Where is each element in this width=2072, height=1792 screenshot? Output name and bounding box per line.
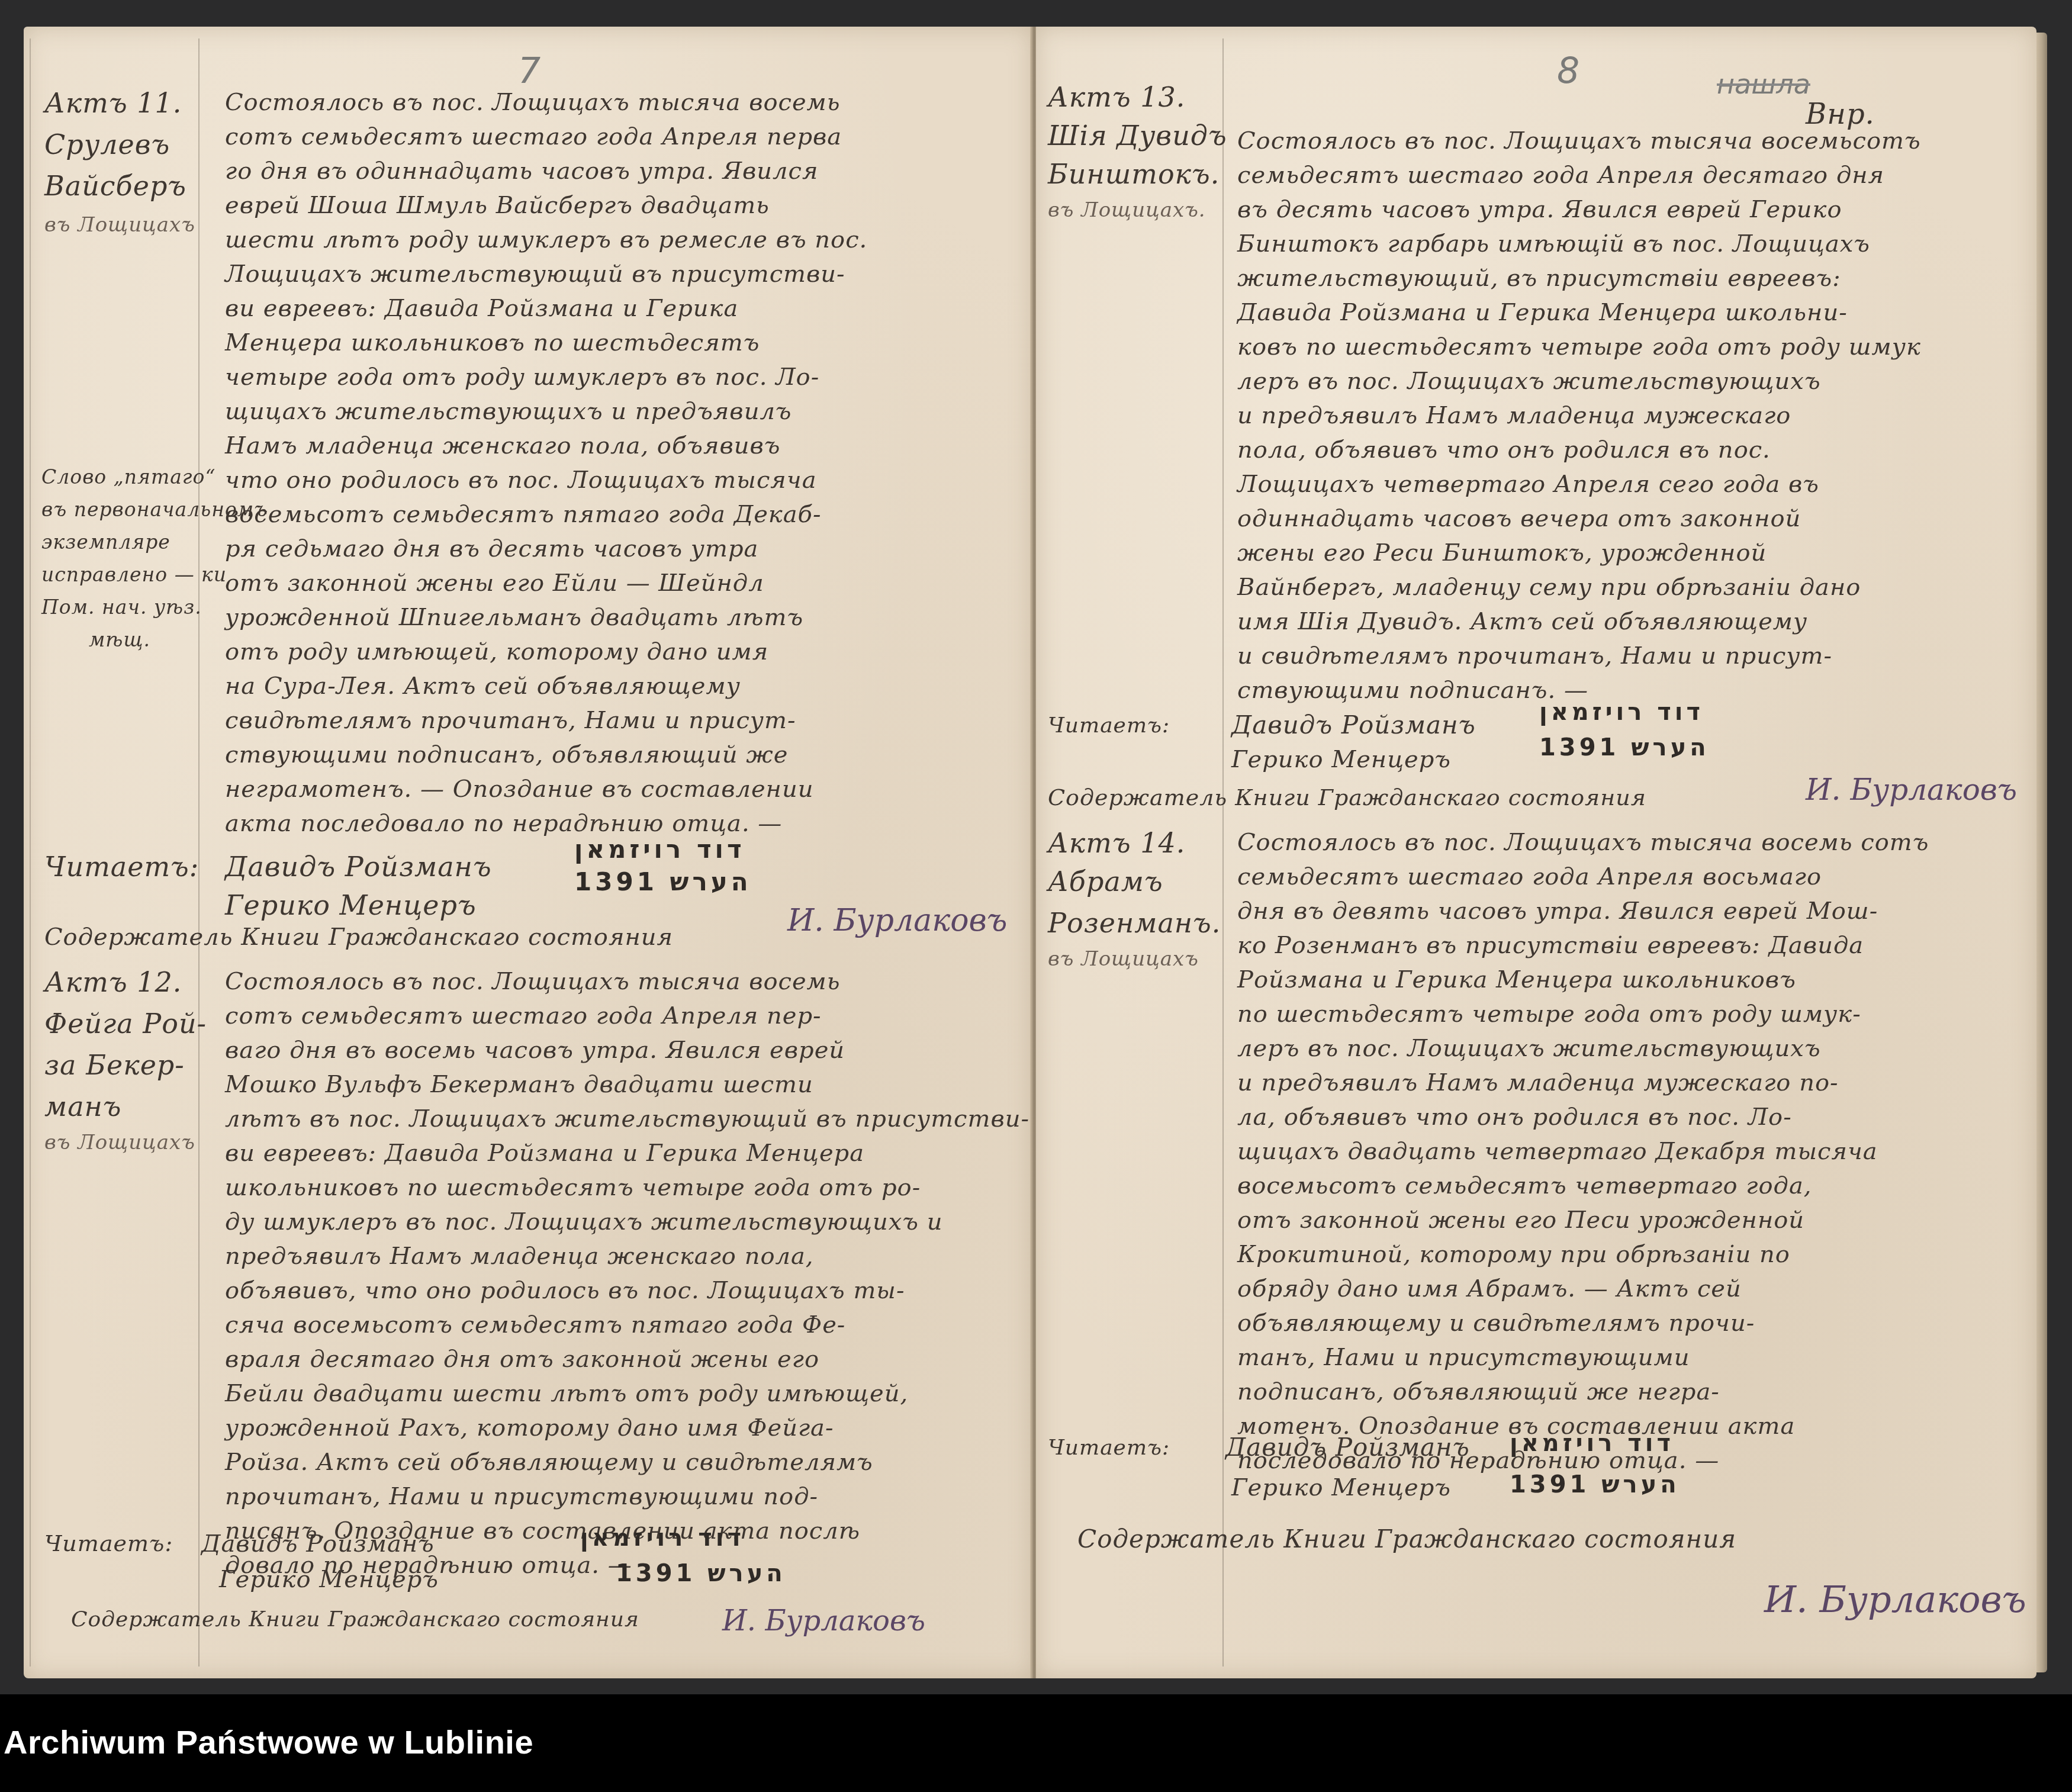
act-text-line: ствующими подписанъ, объявляющий же [225,741,788,768]
act-text-line: Ройзмана и Герика Менцера школьниковъ [1237,966,1796,993]
act-text-line: урожденной Шпигельманъ двадцать лѣтъ [225,604,803,631]
act-text-line: прочитанъ, Нами и присутствующими под- [225,1483,818,1510]
act-text-line: Намъ младенца женскаго пола, объявивъ [225,432,780,459]
act-label: Актъ 11. [44,83,182,124]
act-name-line-2: за Бекер- [44,1045,185,1086]
act-text-line: Менцера школьниковъ по шестьдесятъ [225,329,760,356]
registrar-signature: И. Бурлаковъ [1806,773,2017,807]
act-text-line: урожденной Рахъ, которому дано имя Фейга… [225,1414,834,1442]
hebrew-signature: הערש 1391 [1539,734,1710,761]
act-text-line: Давида Ройзмана и Герика Менцера школьни… [1237,299,1848,326]
hebrew-signature: הערש 1391 [574,867,752,896]
act-text-line: въ десять часовъ утра. Явился еврей Гери… [1237,196,1842,223]
act-text-line: враля десятаго дня отъ законной жены его [225,1346,819,1373]
hebrew-signature: דוד רויזמאן [580,1524,745,1552]
act-text-line: отъ законной жены его Ейли — Шейндл [225,570,764,597]
act-text-line: что оно родилось въ пос. Лощицахъ тысяча [225,467,817,494]
crossed-out-note: нашла [1717,68,1810,100]
act-text-line: ви евреевъ: Давида Ройзмана и Герика Мен… [225,1140,864,1167]
registrar-signature: И. Бурлаковъ [787,903,1007,938]
act-text-line: акта последовало по нерадѣнию отца. — [225,810,782,837]
act-text-line: Состоялось въ пос. Лощицахъ тысяча восем… [225,968,841,995]
act-name-line-1: Срулевъ [44,124,170,165]
act-text-line: сотъ семьдесятъ шестаго года Апреля перв… [225,123,842,150]
page-number: 7 [518,50,540,92]
act-text-line: дня въ девять часовъ утра. Явился еврей … [1237,897,1878,925]
registrar-label: Содержатель Книги Гражданскаго состояния [1048,784,1646,810]
registrar-signature: И. Бурлаковъ [722,1604,925,1637]
margin-annotation: Внр. [1806,98,1875,131]
act-label: Актъ 13. [1048,77,1185,118]
act-text-line: жительствующий, въ присутствіи евреевъ: [1237,265,1841,292]
act-text-line: леръ въ пос. Лощицахъ жительствующихъ [1237,368,1821,395]
act-text-line: ря седьмаго дня въ десять часовъ утра [225,535,758,562]
registrar-signature: И. Бурлаковъ [1764,1578,2026,1621]
act-text-line: жены его Реси Бинштокъ, урожденной [1237,539,1767,567]
act-text-line: Вайнбергъ, младенцу сему при обрѣзаніи д… [1237,574,1861,601]
act-text-line: Состоялось въ пос. Лощицахъ тысяча восем… [1237,829,1929,856]
act-text-line: по шестьдесятъ четыре года отъ роду шмук… [1237,1000,1861,1028]
archive-name: Archiwum Państwowe w Lublinie [4,1723,533,1761]
act-name-line-1: Шія Дувидъ [1048,115,1227,156]
act-text-line: ла, объявивъ что онъ родился въ пос. Ло- [1237,1103,1792,1131]
act-text-line: леръ въ пос. Лощицахъ жительствующихъ [1237,1035,1821,1062]
act-name-line-2: Вайсберъ [44,166,186,207]
act-text-line: пола, объявивъ что онъ родился въ пос. [1237,436,1771,464]
act-name-line-2: Розенманъ. [1048,903,1221,944]
margin-note-line: Слово „пятаго“ [41,462,215,492]
registrar-label: Содержатель Книги Гражданскаго состояния [1077,1524,1736,1553]
act-text-line: го дня въ одиннадцать часовъ утра. Явилс… [225,157,818,185]
act-text-line: четыре года отъ роду шмуклеръ въ пос. Ло… [225,363,819,391]
witness-name: Герико Менцеръ [219,1566,439,1593]
act-text-line: ковъ по шестьдесятъ четыре года отъ роду… [1237,333,1921,361]
left-page: 7 Актъ 11. Срулевъ Вайсберъ въ Лощицахъ … [24,27,1033,1678]
act-text-line: сотъ семьдесятъ шестаго года Апреля пер- [225,1002,822,1029]
right-page: 8 нашла Внр. Актъ 13. Шія Дувидъ Биншток… [1036,27,2036,1678]
act-text-line: щицахъ двадцать четвертаго Декабря тысяч… [1237,1138,1878,1165]
act-text-line: щицахъ жительствующихъ и предъявилъ [225,398,792,425]
act-text-line: семьдесятъ шестаго года Апреля восьмаго [1237,863,1822,890]
witness-name: Давидъ Ройзманъ [1231,710,1476,739]
act-text-line: лѣтъ въ пос. Лощицахъ жительствующий въ … [225,1105,1029,1133]
act-text-line: и предъявилъ Намъ младенца мужескаго по- [1237,1069,1839,1096]
witness-label: Читаетъ: [1048,1436,1170,1460]
act-text-line: Состоялось въ пос. Лощицахъ тысяча восем… [225,89,841,116]
act-text-line: ствующими подписанъ. — [1237,677,1588,704]
witness-name: Герико Менцеръ [1231,746,1451,773]
hebrew-signature: דוד רויזמאן [1510,1430,1674,1457]
act-text-line: и предъявилъ Намъ младенца мужескаго [1237,402,1791,429]
act-text-line: ваго дня въ восемь часовъ утра. Явился е… [225,1037,845,1064]
witness-label: Читаетъ: [44,847,199,887]
act-text-line: семьдесятъ шестаго года Апреля десятаго … [1237,162,1884,189]
hebrew-signature: הערש 1391 [616,1560,786,1587]
act-text-line: Лощицахъ жительствующий въ присутстви- [225,260,845,288]
registrar-label: Содержатель Книги Гражданскаго состояния [71,1607,639,1632]
hebrew-signature: הערש 1391 [1510,1471,1680,1498]
act-text-line: на Сура-Лея. Актъ сей объявляющему [225,673,741,700]
act-text-line: обряду дано имя Абрамъ. — Актъ сей [1237,1275,1742,1302]
open-register-book: 7 Актъ 11. Срулевъ Вайсберъ въ Лощицахъ … [24,27,2048,1678]
act-text-line: отъ законной жены его Песи урожденной [1237,1207,1804,1234]
scan-background: 7 Актъ 11. Срулевъ Вайсберъ въ Лощицахъ … [0,0,2072,1694]
act-text-line: предъявилъ Намъ младенца женскаго пола, [225,1243,814,1270]
act-text-line: неграмотенъ. — Опоздание въ составлении [225,776,813,803]
act-text-line: Состоялось въ пос. Лощицахъ тысяча восем… [1237,127,1921,155]
act-name-line-3: манъ [44,1086,122,1127]
witness-name: Давидъ Ройзманъ [1225,1433,1470,1462]
act-text-line: ду шмуклеръ въ пос. Лощицахъ жительствую… [225,1208,942,1236]
act-text-line: объявляющему и свидѣтелямъ прочи- [1237,1310,1755,1337]
margin-note-line: Пом. нач. уѣз. [41,592,202,622]
act-text-line: отъ роду имѣющей, которому дано имя [225,638,768,665]
act-label: Актъ 12. [44,962,182,1003]
act-label: Актъ 14. [1048,823,1185,864]
act-text-line: и свидѣтелямъ прочитанъ, Нами и присут- [1237,642,1832,670]
witness-name: Герико Менцеръ [225,885,477,926]
act-text-line: Крокитиной, которому при обрѣзаніи по [1237,1241,1790,1268]
act-text-line: сяча восемьсотъ семьдесятъ пятаго года Ф… [225,1311,845,1339]
margin-note-line: экземпляре [41,527,170,557]
hebrew-signature: דוד רויזמאן [1539,699,1704,726]
witness-name: Давидъ Ройзманъ [225,847,492,887]
act-text-line: восемьсотъ семьдесятъ пятаго года Декаб- [225,501,822,528]
act-text-line: школьниковъ по шестьдесятъ четыре года о… [225,1174,921,1201]
act-place: въ Лощицахъ. [1048,198,1206,222]
registrar-label: Содержатель Книги Гражданскаго состояния [44,924,673,951]
act-text-line: Ройза. Актъ сей объявляющему и свидѣтеля… [225,1449,873,1476]
act-name-line-1: Фейга Рой- [44,1003,207,1044]
left-edge-rule [30,38,31,1666]
act-text-line: танъ, Нами и присутствующими [1237,1344,1690,1371]
act-text-line: свидѣтелямъ прочитанъ, Нами и присут- [225,707,796,734]
page-number: 8 [1557,50,1579,92]
act-text-line: Мошко Вульфъ Бекерманъ двадцати шести [225,1071,813,1098]
act-name-line-2: Бинштокъ. [1048,154,1220,195]
act-place: въ Лощицахъ [44,1131,195,1154]
archive-footer: Archiwum Państwowe w Lublinie [0,1694,2072,1792]
act-place: въ Лощицахъ [1048,947,1199,971]
act-text-line: Бейли двадцати шести лѣтъ отъ роду имѣющ… [225,1380,908,1407]
act-text-line: ко Розенманъ въ присутствіи евреевъ: Дав… [1237,932,1864,959]
hebrew-signature: דוד רויזמאן [574,835,745,864]
act-text-line: еврей Шоша Шмуль Вайсбергъ двадцать [225,192,770,219]
act-text-line: объявивъ, что оно родилось въ пос. Лощиц… [225,1277,905,1304]
act-text-line: имя Шія Дувидъ. Актъ сей объявляющему [1237,608,1807,635]
act-text-line: шести лѣтъ роду шмуклеръ въ ремесле въ п… [225,226,867,253]
margin-note-line: исправлено — ки [41,559,227,590]
witness-label: Читаетъ: [44,1530,173,1556]
witness-name: Герико Менцеръ [1231,1474,1451,1501]
margin-note-line: мѣщ. [89,625,150,655]
witness-label: Читаетъ: [1048,713,1170,738]
act-text-line: подписанъ, объявляющий же негра- [1237,1378,1720,1405]
act-text-line: Бинштокъ гарбарь имѣющій въ пос. Лощицах… [1237,230,1870,258]
act-text-line: одиннадцать часовъ вечера отъ законной [1237,505,1801,532]
act-text-line: ви евреевъ: Давида Ройзмана и Герика [225,295,738,322]
act-text-line: восемьсотъ семьдесятъ четвертаго года, [1237,1172,1812,1199]
act-name-line-1: Абрамъ [1048,861,1163,902]
witness-name: Давидъ Ройзманъ [201,1530,435,1558]
act-text-line: Лощицахъ четвертаго Апреля сего года въ [1237,471,1819,498]
right-margin-rule [1222,38,1224,1666]
act-place: въ Лощицахъ [44,213,195,237]
